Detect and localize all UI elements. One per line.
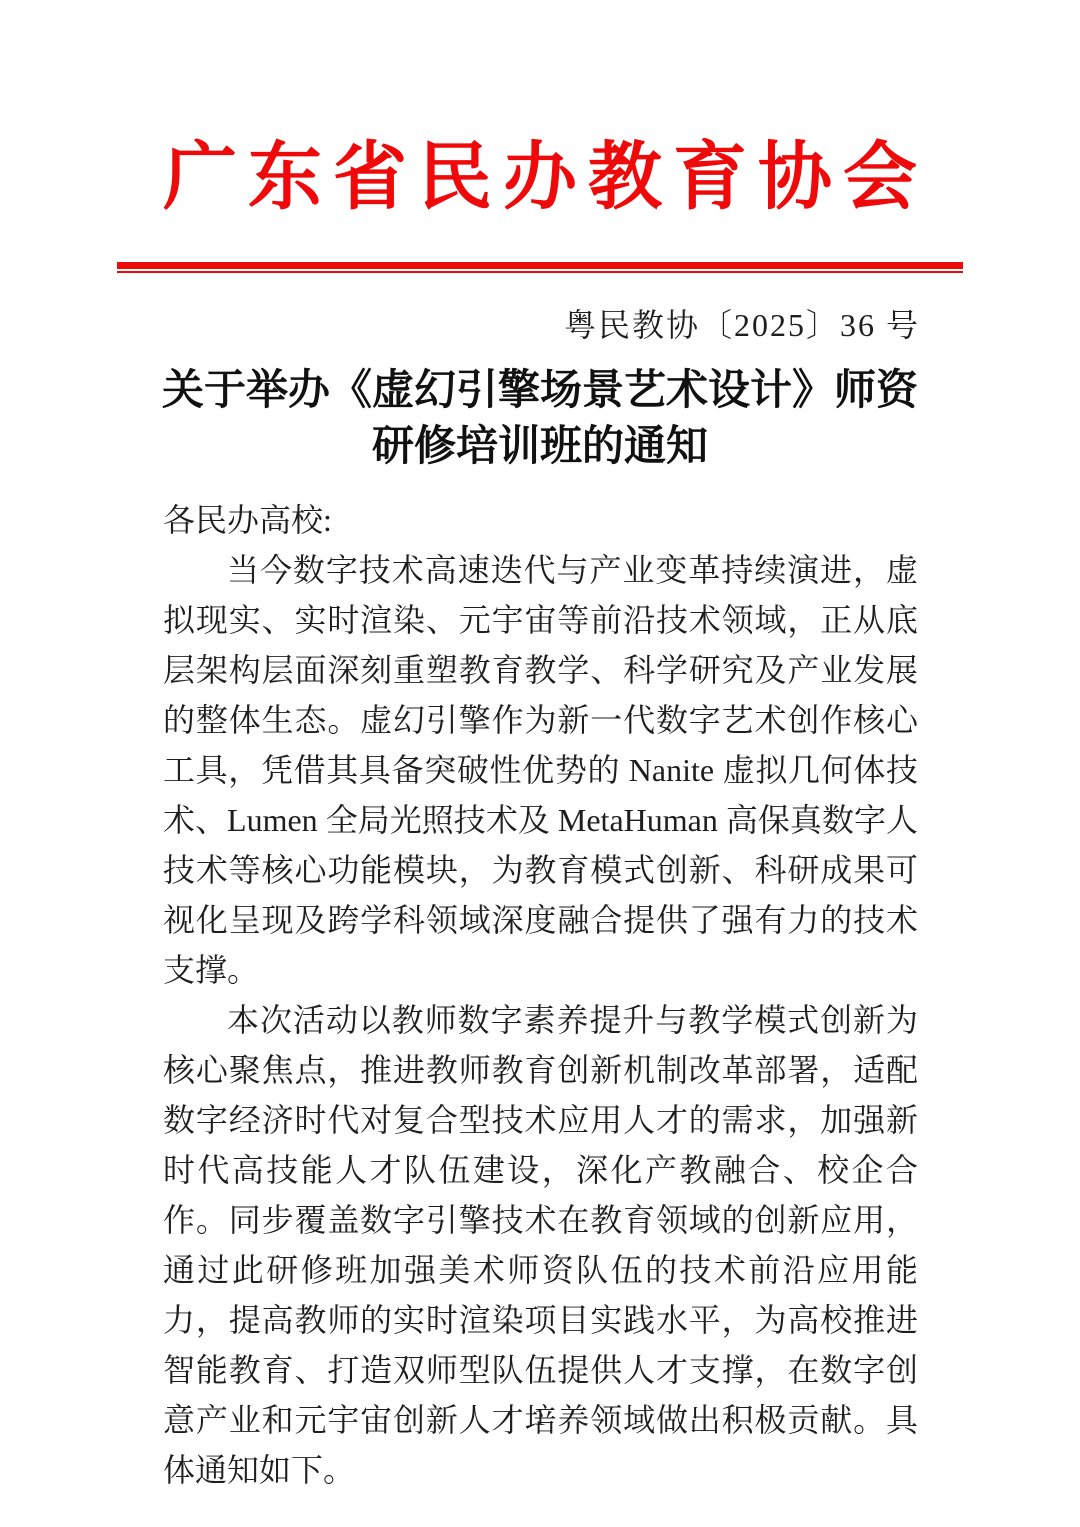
body-paragraph-1: 当今数字技术高速迭代与产业变革持续演进，虚拟现实、实时渲染、元宇宙等前沿技术领域…: [163, 545, 918, 995]
salutation: 各民办高校:: [163, 495, 918, 545]
doc-title-line1: 关于举办《虚幻引擎场景艺术设计》师资: [0, 363, 1080, 419]
doc-title: 关于举办《虚幻引擎场景艺术设计》师资 研修培训班的通知: [0, 363, 1080, 475]
org-header-title: 广东省民办教育协会: [0, 128, 1080, 228]
document-body: 各民办高校: 当今数字技术高速迭代与产业变革持续演进，虚拟现实、实时渲染、元宇宙…: [163, 495, 918, 1495]
document-page: 广东省民办教育协会 粤民教协〔2025〕36 号 关于举办《虚幻引擎场景艺术设计…: [0, 0, 1080, 1527]
doc-title-line2: 研修培训班的通知: [0, 419, 1080, 475]
page-number: 1: [0, 1403, 1080, 1433]
doc-number: 粤民教协〔2025〕36 号: [163, 303, 920, 347]
header-divider-rule: [117, 262, 963, 273]
